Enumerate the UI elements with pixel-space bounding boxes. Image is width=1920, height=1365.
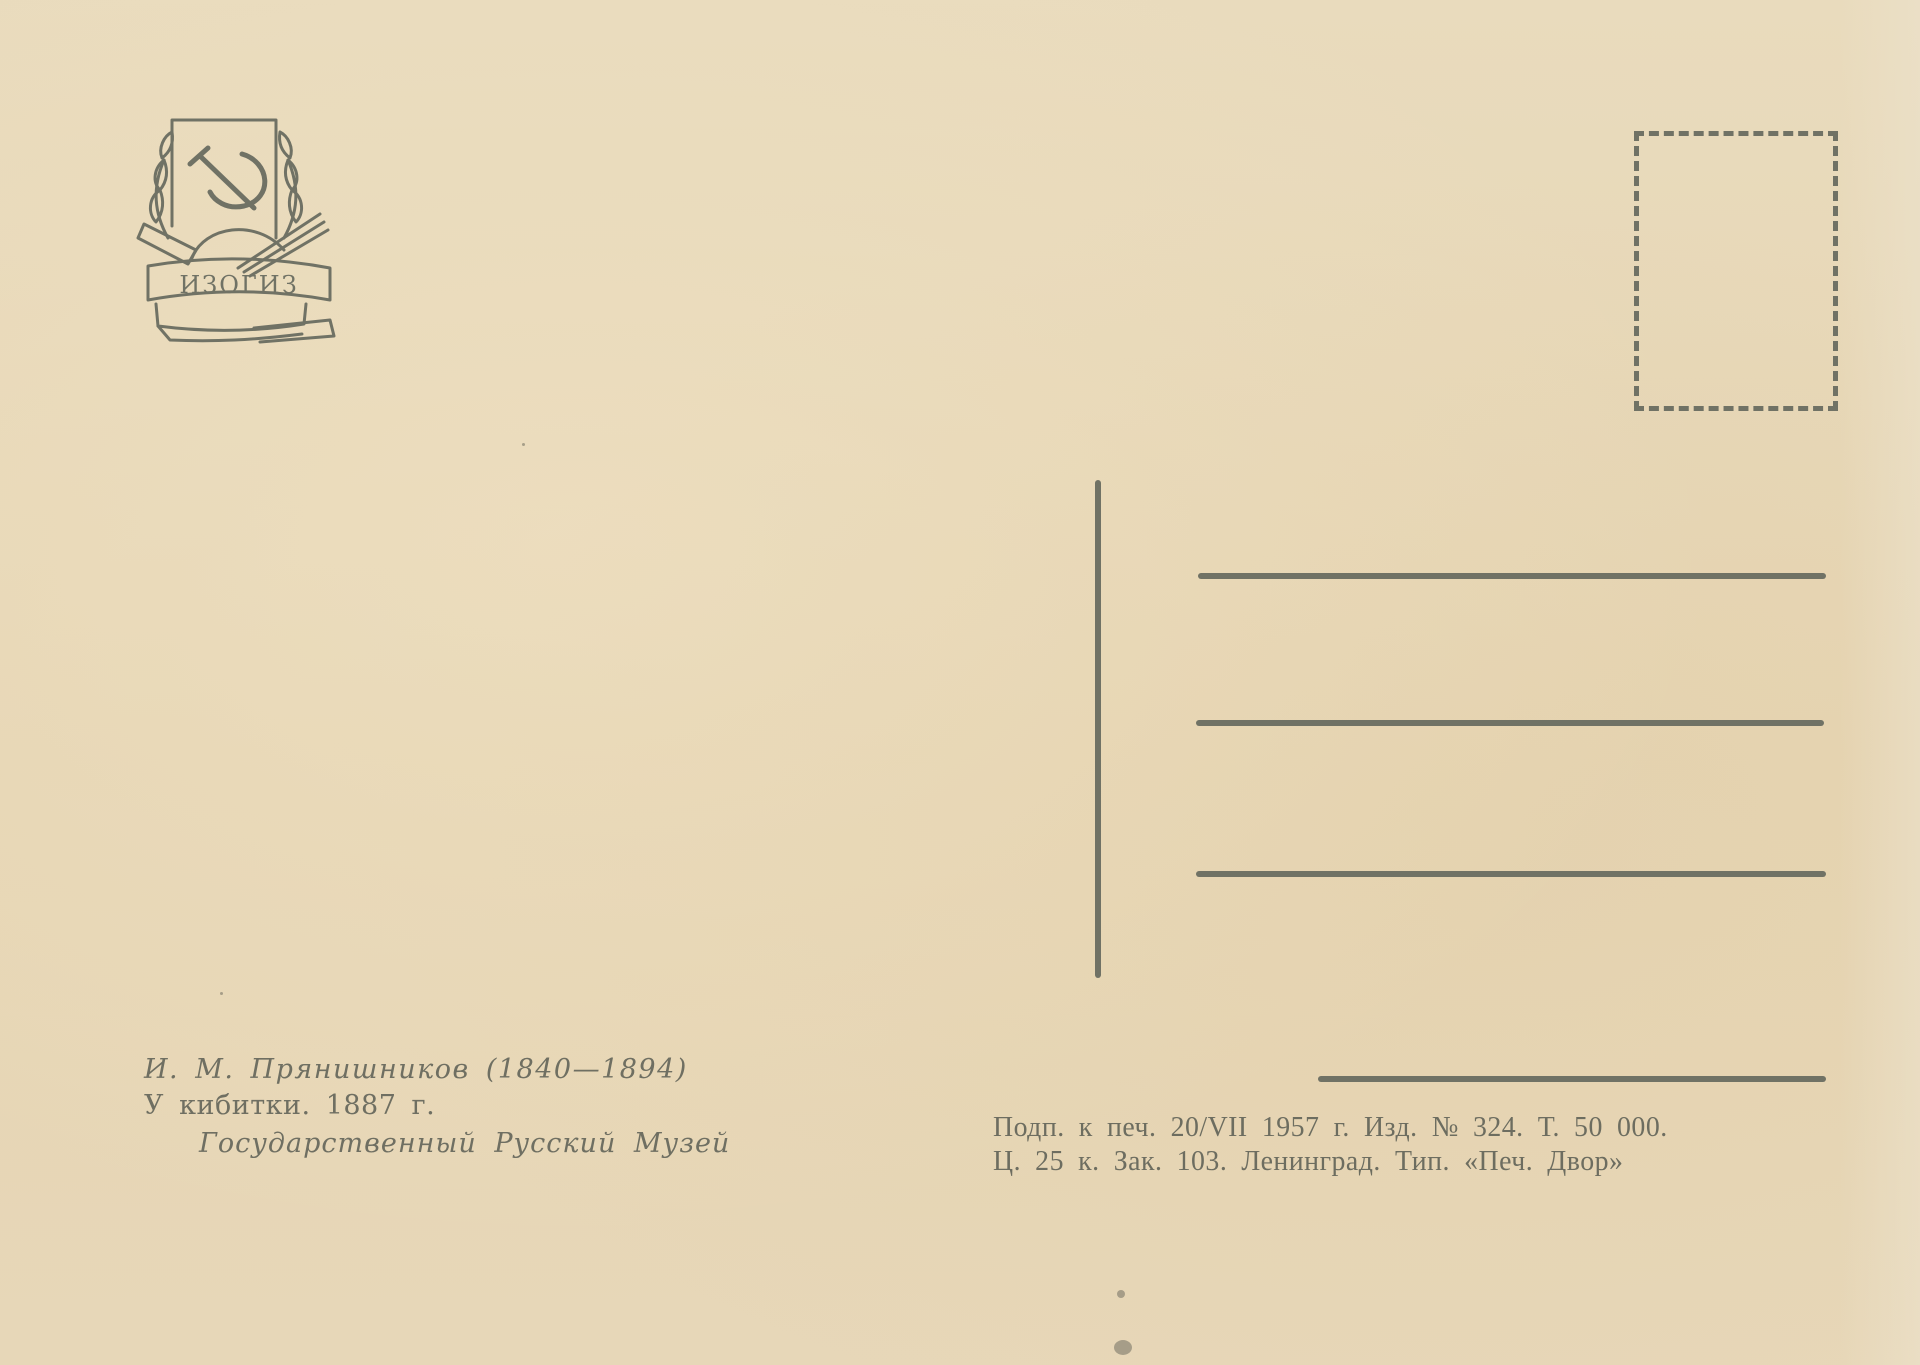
museum-name: Государственный Русский Музей [144,1126,730,1162]
paper-speck [1117,1290,1125,1298]
vertical-divider [1095,480,1101,978]
print-imprint: Подп. к печ. 20/VII 1957 г. Изд. № 324. … [993,1110,1668,1178]
address-line-4 [1318,1076,1826,1082]
paper-speck [1114,1340,1132,1355]
paper-speck [522,443,525,446]
paper-speck [220,992,223,995]
izogiz-logo: ИЗОГИЗ [134,118,346,344]
artwork-title: У кибитки. 1887 г. [144,1088,730,1124]
logo-text: ИЗОГИЗ [179,271,298,299]
imprint-line-1: Подп. к печ. 20/VII 1957 г. Изд. № 324. … [993,1110,1668,1144]
imprint-line-2: Ц. 25 к. Зак. 103. Ленинград. Тип. «Печ.… [993,1144,1668,1178]
address-line-3 [1196,871,1826,877]
artwork-caption: И. М. Прянишников (1840—1894) У кибитки.… [144,1052,730,1162]
address-line-2 [1196,720,1824,726]
paper-edge [1840,0,1920,1365]
izogiz-emblem-icon: ИЗОГИЗ [134,118,346,344]
stamp-placement-box [1634,131,1838,411]
artist-name: И. М. Прянишников (1840—1894) [144,1052,730,1088]
address-line-1 [1198,573,1826,579]
